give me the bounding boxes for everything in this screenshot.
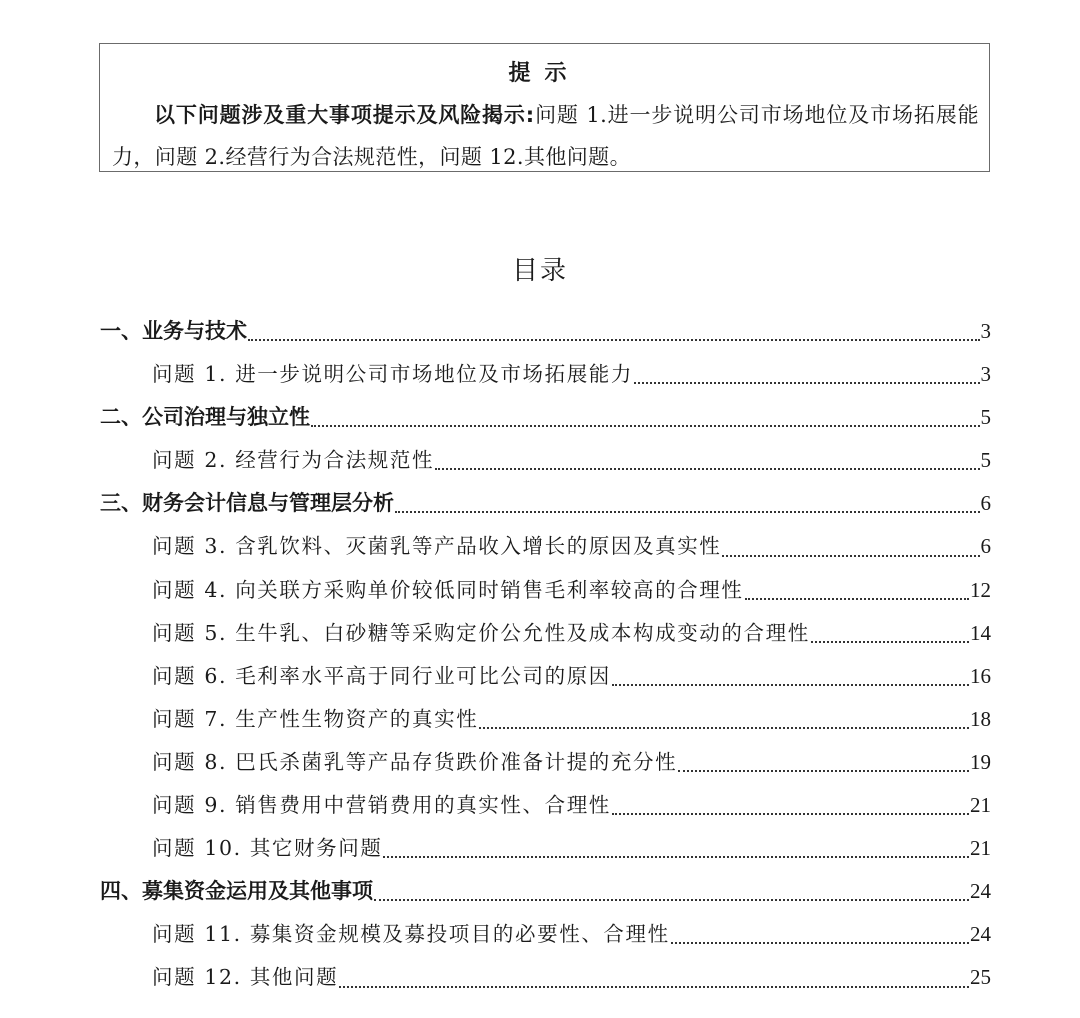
dot-leader (634, 381, 980, 384)
dot-leader (435, 467, 979, 470)
toc-page-number: 6 (981, 525, 992, 568)
toc-label: 问题 6. 毛利率水平高于同行业可比公司的原因 (152, 655, 611, 698)
toc-label: 问题 4. 向关联方采购单价较低同时销售毛利率较高的合理性 (152, 569, 744, 612)
toc-page-number: 24 (970, 870, 991, 913)
toc-item[interactable]: 问题 7. 生产性生物资产的真实性18 (100, 698, 991, 741)
table-of-contents: 一、业务与技术3 问题 1. 进一步说明公司市场地位及市场拓展能力3 二、公司治… (100, 310, 991, 1000)
toc-page-number: 19 (970, 741, 991, 784)
toc-page-number: 25 (970, 956, 991, 999)
dot-leader (745, 597, 970, 600)
toc-section[interactable]: 二、公司治理与独立性5 (100, 396, 991, 439)
toc-item[interactable]: 问题 8. 巴氏杀菌乳等产品存货跌价准备计提的充分性19 (100, 741, 991, 784)
toc-label: 问题 3. 含乳饮料、灭菌乳等产品收入增长的原因及真实性 (152, 525, 721, 568)
toc-item[interactable]: 问题 6. 毛利率水平高于同行业可比公司的原因16 (100, 655, 991, 698)
toc-page-number: 21 (970, 784, 991, 827)
dot-leader (671, 941, 969, 944)
toc-section[interactable]: 一、业务与技术3 (100, 310, 991, 353)
toc-page-number: 18 (970, 698, 991, 741)
toc-label: 二、公司治理与独立性 (100, 396, 310, 439)
toc-section[interactable]: 三、财务会计信息与管理层分析6 (100, 482, 991, 525)
toc-label: 四、募集资金运用及其他事项 (100, 870, 373, 913)
toc-item[interactable]: 问题 4. 向关联方采购单价较低同时销售毛利率较高的合理性12 (100, 569, 991, 612)
toc-item[interactable]: 问题 3. 含乳饮料、灭菌乳等产品收入增长的原因及真实性6 (100, 525, 991, 568)
toc-page-number: 14 (970, 612, 991, 655)
toc-page-number: 21 (970, 827, 991, 870)
notice-body: 以下问题涉及重大事项提示及风险揭示:问题 1.进一步说明公司市场地位及市场拓展能… (112, 94, 979, 178)
toc-label: 问题 7. 生产性生物资产的真实性 (152, 698, 478, 741)
dot-leader (339, 985, 969, 988)
toc-label: 问题 1. 进一步说明公司市场地位及市场拓展能力 (152, 353, 633, 396)
notice-title: 提示 (100, 56, 989, 87)
dot-leader (383, 855, 969, 858)
toc-page-number: 6 (981, 482, 992, 525)
dot-leader (479, 726, 969, 729)
toc-item[interactable]: 问题 1. 进一步说明公司市场地位及市场拓展能力3 (100, 353, 991, 396)
dot-leader (612, 683, 969, 686)
toc-label: 问题 8. 巴氏杀菌乳等产品存货跌价准备计提的充分性 (152, 741, 677, 784)
toc-page-number: 16 (970, 655, 991, 698)
toc-label: 问题 11. 募集资金规模及募投项目的必要性、合理性 (152, 913, 670, 956)
toc-page-number: 24 (970, 913, 991, 956)
toc-label: 问题 12. 其他问题 (152, 956, 338, 999)
dot-leader (612, 812, 969, 815)
dot-leader (678, 769, 969, 772)
toc-page-number: 3 (981, 310, 992, 353)
toc-section[interactable]: 四、募集资金运用及其他事项24 (100, 870, 991, 913)
toc-page-number: 3 (981, 353, 992, 396)
notice-lead: 以下问题涉及重大事项提示及风险揭示: (154, 103, 535, 127)
toc-item[interactable]: 问题 9. 销售费用中营销费用的真实性、合理性21 (100, 784, 991, 827)
toc-label: 三、财务会计信息与管理层分析 (100, 482, 394, 525)
toc-label: 问题 5. 生牛乳、白砂糖等采购定价公允性及成本构成变动的合理性 (152, 612, 810, 655)
toc-page-number: 12 (970, 569, 991, 612)
toc-label: 问题 2. 经营行为合法规范性 (152, 439, 434, 482)
toc-item[interactable]: 问题 2. 经营行为合法规范性5 (100, 439, 991, 482)
dot-leader (811, 640, 969, 643)
dot-leader (311, 424, 980, 427)
toc-page-number: 5 (981, 396, 992, 439)
toc-item[interactable]: 问题 11. 募集资金规模及募投项目的必要性、合理性24 (100, 913, 991, 956)
dot-leader (722, 554, 979, 557)
dot-leader (248, 338, 980, 341)
toc-item[interactable]: 问题 10. 其它财务问题21 (100, 827, 991, 870)
toc-item[interactable]: 问题 5. 生牛乳、白砂糖等采购定价公允性及成本构成变动的合理性14 (100, 612, 991, 655)
toc-label: 问题 10. 其它财务问题 (152, 827, 382, 870)
toc-label: 问题 9. 销售费用中营销费用的真实性、合理性 (152, 784, 611, 827)
toc-item[interactable]: 问题 12. 其他问题25 (100, 956, 991, 999)
toc-title: 目录 (0, 250, 1080, 287)
toc-page-number: 5 (981, 439, 992, 482)
notice-box: 提示 以下问题涉及重大事项提示及风险揭示:问题 1.进一步说明公司市场地位及市场… (99, 43, 990, 172)
toc-label: 一、业务与技术 (100, 310, 247, 353)
dot-leader (374, 898, 969, 901)
dot-leader (395, 510, 980, 513)
